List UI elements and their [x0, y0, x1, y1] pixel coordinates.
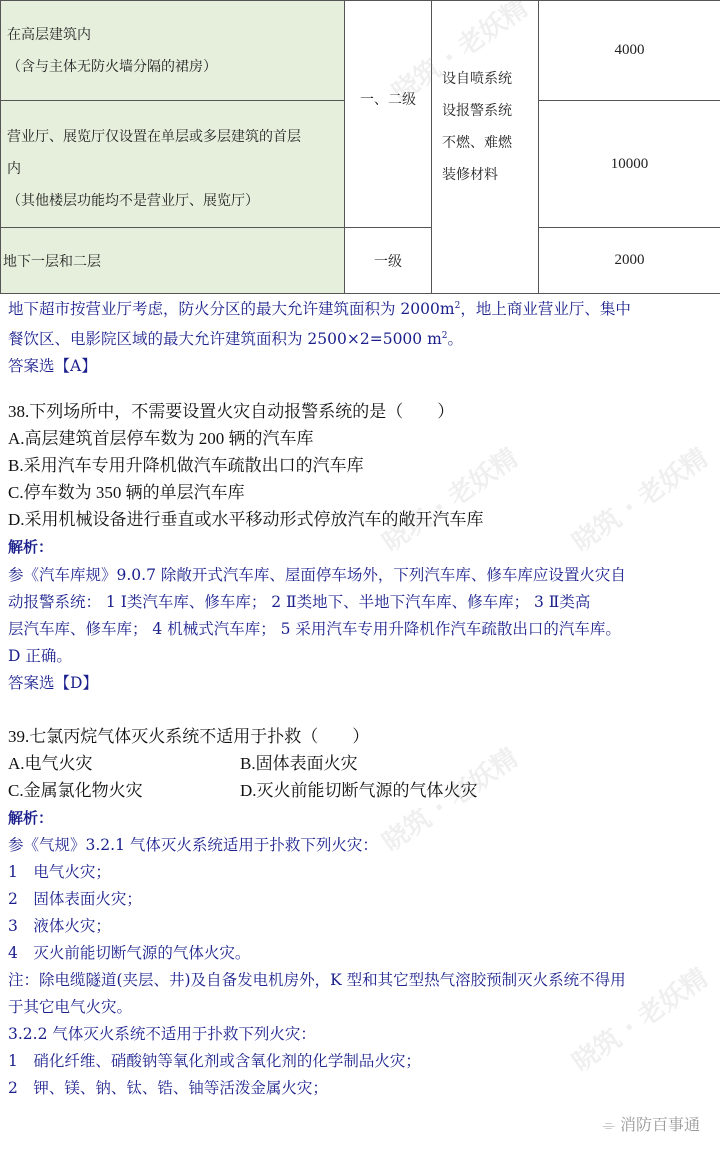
- q37-explanation: 地下超市按营业厅考虑，防火分区的最大允许建筑面积为 2000m2，地上商业营业厅…: [8, 293, 714, 380]
- location-cell-3: 地下一层和二层: [1, 228, 345, 294]
- grade-text: 一级: [374, 254, 402, 270]
- question-text: 38.下列场所中，不需要设置火灾自动报警系统的是（ ）: [8, 398, 714, 425]
- area-cell-2: 10000: [539, 101, 720, 228]
- area-value: 4000: [615, 42, 645, 58]
- option-d: D.灭火前能切断气源的气体火灾: [240, 777, 478, 804]
- location-text: 营业厅、展览厅仅设置在单层或多层建筑的首层: [7, 121, 344, 153]
- analysis-line: 2 钾、镁、钠、钛、锆、铀等活泼金属火灾；: [8, 1075, 714, 1102]
- analysis-line: 层汽车库、修车库； 4 机械式汽车库； 5 采用汽车专用升降机作汽车疏散出口的汽…: [8, 616, 714, 643]
- condition-line: 不燃、难燃: [442, 127, 538, 159]
- option-b: B.采用汽车专用升降机做汽车疏散出口的汽车库: [8, 452, 714, 479]
- analysis-line: 1 电气火灾；: [8, 859, 714, 886]
- area-value: 2000: [615, 252, 645, 268]
- area-cell-3: 2000: [539, 228, 720, 294]
- question-text: 39.七氯丙烷气体灭火系统不适用于扑救（ ）: [8, 723, 714, 750]
- analysis-line: 2 固体表面火灾；: [8, 886, 714, 913]
- question-39: 39.七氯丙烷气体灭火系统不适用于扑救（ ） A.电气火灾B.固体表面火灾 C.…: [8, 723, 714, 1102]
- analysis-line: 4 灭火前能切断气源的气体火灾。: [8, 940, 714, 967]
- analysis-heading: 解析：: [8, 804, 714, 832]
- option-c: C.停车数为 350 辆的单层汽车库: [8, 479, 714, 506]
- analysis-line: D 正确。: [8, 643, 714, 670]
- analysis-line: 1 硝化纤维、硝酸钠等氧化剂或含氧化剂的化学制品火灾；: [8, 1048, 714, 1075]
- grade-text: 一、二级: [360, 92, 416, 108]
- condition-cell: 设自喷系统 设报警系统 不燃、难燃 装修材料: [432, 1, 539, 294]
- brand-label: ⌯ 消防百事通: [602, 1112, 700, 1135]
- explanation-line: 餐饮区、电影院区域的最大允许建筑面积为 2500×2=5000 m2。: [8, 323, 714, 353]
- fire-compartment-table: 在高层建筑内 （含与主体无防火墙分隔的裙房） 一、二级 设自喷系统 设报警系统 …: [0, 0, 720, 294]
- explanation-line: 地下超市按营业厅考虑，防火分区的最大允许建筑面积为 2000m2，地上商业营业厅…: [8, 293, 714, 323]
- analysis-heading: 解析：: [8, 533, 714, 562]
- analysis-body: 参《汽车库规》9.0.7 除敞开式汽车库、屋面停车场外，下列汽车库、修车库应设置…: [8, 562, 714, 697]
- option-row: A.电气火灾B.固体表面火灾: [8, 750, 714, 777]
- location-note: （含与主体无防火墙分隔的裙房）: [7, 51, 344, 83]
- area-cell-1: 4000: [539, 1, 720, 101]
- location-note: （其他楼层功能均不是营业厅、展览厅）: [7, 185, 344, 217]
- grade-cell-lower: 一级: [345, 228, 432, 294]
- condition-line: 设报警系统: [442, 95, 538, 127]
- area-value: 10000: [611, 156, 649, 172]
- location-text: 内: [7, 153, 344, 185]
- analysis-line: 3 液体火灾；: [8, 913, 714, 940]
- condition-line: 设自喷系统: [442, 63, 538, 95]
- location-cell-1: 在高层建筑内 （含与主体无防火墙分隔的裙房）: [1, 1, 345, 101]
- option-c: C.金属氯化物火灾: [8, 777, 240, 804]
- analysis-line: 参《气规》3.2.1 气体灭火系统适用于扑救下列火灾：: [8, 832, 714, 859]
- answer-line: 答案选【A】: [8, 353, 714, 380]
- analysis-line: 参《汽车库规》9.0.7 除敞开式汽车库、屋面停车场外，下列汽车库、修车库应设置…: [8, 562, 714, 589]
- analysis-line: 动报警系统： 1 Ⅰ类汽车库、修车库； 2 Ⅱ类地下、半地下汽车库、修车库； 3…: [8, 589, 714, 616]
- option-b: B.固体表面火灾: [240, 750, 358, 777]
- analysis-body: 参《气规》3.2.1 气体灭火系统适用于扑救下列火灾： 1 电气火灾； 2 固体…: [8, 832, 714, 1102]
- analysis-line: 3.2.2 气体灭火系统不适用于扑救下列火灾：: [8, 1021, 714, 1048]
- wechat-icon: ⌯: [602, 1115, 620, 1134]
- option-d: D.采用机械设备进行垂直或水平移动形式停放汽车的敞开汽车库: [8, 506, 714, 533]
- analysis-line: 于其它电气火灾。: [8, 994, 714, 1021]
- answer-line: 答案选【D】: [8, 670, 714, 697]
- option-a: A.高层建筑首层停车数为 200 辆的汽车库: [8, 425, 714, 452]
- location-text: 在高层建筑内: [7, 19, 344, 51]
- analysis-line: 注：除电缆隧道(夹层、井)及自备发电机房外，K 型和其它型热气溶胶预制灭火系统不…: [8, 967, 714, 994]
- location-text: 地下一层和二层: [3, 254, 101, 270]
- condition-line: 装修材料: [442, 159, 538, 191]
- location-cell-2: 营业厅、展览厅仅设置在单层或多层建筑的首层 内 （其他楼层功能均不是营业厅、展览…: [1, 101, 345, 228]
- option-row: C.金属氯化物火灾D.灭火前能切断气源的气体火灾: [8, 777, 714, 804]
- grade-cell-upper: 一、二级: [345, 1, 432, 228]
- option-a: A.电气火灾: [8, 750, 240, 777]
- question-38: 38.下列场所中，不需要设置火灾自动报警系统的是（ ） A.高层建筑首层停车数为…: [8, 398, 714, 697]
